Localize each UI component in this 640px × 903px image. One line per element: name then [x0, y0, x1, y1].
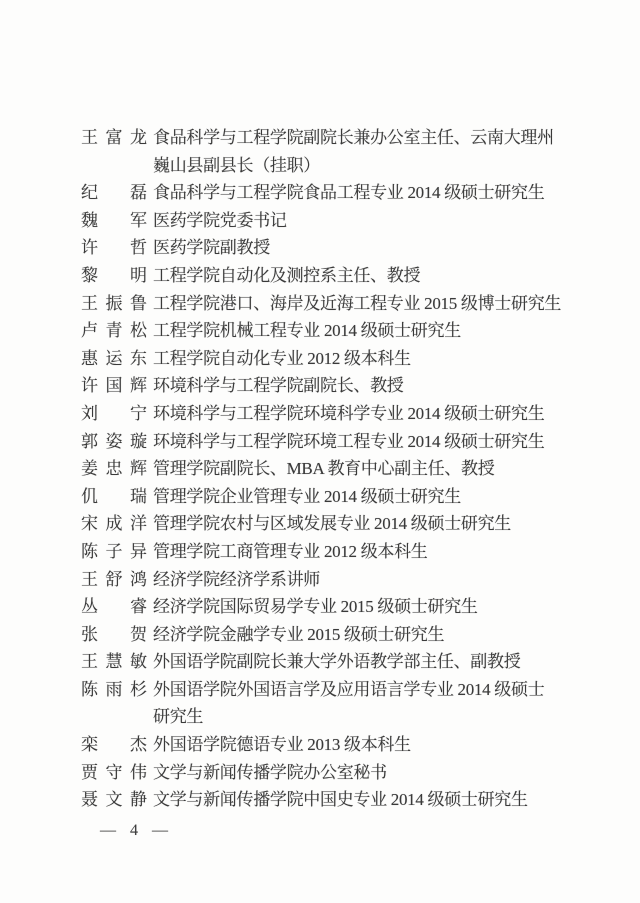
roster-entry: 许国辉 环境科学与工程学院副院长、教授 [81, 372, 561, 400]
person-description-line: 外国语学院副院长兼大学外语教学部主任、副教授 [153, 648, 561, 676]
person-description: 工程学院机械工程专业 2014 级硕士研究生 [153, 317, 561, 345]
person-name-char: 聂 [81, 786, 98, 814]
roster-entry: 仉瑞 管理学院企业管理专业 2014 级硕士研究生 [81, 483, 561, 511]
person-description-line: 文学与新闻传播学院办公室秘书 [153, 759, 561, 787]
person-name-char: 璇 [130, 428, 147, 456]
person-description-line: 研究生 [153, 703, 561, 731]
person-name-char: 慧 [106, 648, 123, 676]
roster-entry: 姜忠辉 管理学院副院长、MBA 教育中心副主任、教授 [81, 455, 561, 483]
person-name-char: 舒 [106, 566, 123, 594]
person-name-char: 文 [106, 786, 123, 814]
person-name: 魏军 [81, 207, 147, 235]
person-name-char: 国 [106, 372, 123, 400]
person-name-char: 松 [130, 317, 147, 345]
person-name-char: 振 [106, 290, 123, 318]
person-description-line: 工程学院港口、海岸及近海工程专业 2015 级博士研究生 [153, 290, 561, 318]
person-name: 陈子异 [81, 538, 147, 566]
roster-entry: 刘宁 环境科学与工程学院环境科学专业 2014 级硕士研究生 [81, 400, 561, 428]
person-description: 管理学院农村与区域发展专业 2014 级硕士研究生 [153, 510, 561, 538]
person-name-char: 刘 [81, 400, 98, 428]
person-name-char: 陈 [81, 538, 98, 566]
person-description: 管理学院工商管理专业 2012 级本科生 [153, 538, 561, 566]
person-name: 贾守伟 [81, 759, 147, 787]
person-name: 黎明 [81, 262, 147, 290]
person-description: 食品科学与工程学院食品工程专业 2014 级硕士研究生 [153, 179, 561, 207]
person-name-char: 宋 [81, 510, 98, 538]
person-name: 王振鲁 [81, 290, 147, 318]
person-description-line: 文学与新闻传播学院中国史专业 2014 级硕士研究生 [153, 786, 561, 814]
person-description-line: 食品科学与工程学院食品工程专业 2014 级硕士研究生 [153, 179, 561, 207]
person-name-char: 丛 [81, 593, 98, 621]
person-description-line: 医药学院副教授 [153, 234, 561, 262]
roster-entry: 卢青松 工程学院机械工程专业 2014 级硕士研究生 [81, 317, 561, 345]
person-name-char: 郭 [81, 428, 98, 456]
roster-entry: 惠运东 工程学院自动化专业 2012 级本科生 [81, 345, 561, 373]
person-description-line: 环境科学与工程学院环境工程专业 2014 级硕士研究生 [153, 428, 561, 456]
roster-entry: 黎明 工程学院自动化及测控系主任、教授 [81, 262, 561, 290]
person-name: 王舒鸿 [81, 566, 147, 594]
person-name-char: 陈 [81, 676, 98, 704]
person-name-char: 王 [81, 290, 98, 318]
person-description-line: 工程学院自动化及测控系主任、教授 [153, 262, 561, 290]
person-description-line: 外国语学院德语专业 2013 级本科生 [153, 731, 561, 759]
person-name-char: 守 [106, 759, 123, 787]
person-name-char: 军 [130, 207, 147, 235]
person-description-line: 经济学院国际贸易学专业 2015 级硕士研究生 [153, 593, 561, 621]
person-description: 文学与新闻传播学院办公室秘书 [153, 759, 561, 787]
roster-list: 王富龙 食品科学与工程学院副院长兼办公室主任、云南大理州巍山县副县长（挂职） 纪… [81, 124, 561, 814]
person-description-line: 管理学院工商管理专业 2012 级本科生 [153, 538, 561, 566]
roster-entry: 陈雨杉 外国语学院外国语言学及应用语言学专业 2014 级硕士研究生 [81, 676, 561, 731]
roster-entry: 张贺 经济学院金融学专业 2015 级硕士研究生 [81, 621, 561, 649]
roster-entry: 陈子异 管理学院工商管理专业 2012 级本科生 [81, 538, 561, 566]
person-name-char: 惠 [81, 345, 98, 373]
person-description-line: 管理学院企业管理专业 2014 级硕士研究生 [153, 483, 561, 511]
roster-entry: 贾守伟 文学与新闻传播学院办公室秘书 [81, 759, 561, 787]
roster-entry: 王慧敏 外国语学院副院长兼大学外语教学部主任、副教授 [81, 648, 561, 676]
person-description: 经济学院经济学系讲师 [153, 566, 561, 594]
person-name-char: 东 [130, 345, 147, 373]
person-description: 管理学院企业管理专业 2014 级硕士研究生 [153, 483, 561, 511]
roster-entry: 许哲 医药学院副教授 [81, 234, 561, 262]
person-name: 丛睿 [81, 593, 147, 621]
person-description: 经济学院金融学专业 2015 级硕士研究生 [153, 621, 561, 649]
roster-entry: 王富龙 食品科学与工程学院副院长兼办公室主任、云南大理州巍山县副县长（挂职） [81, 124, 561, 179]
person-description: 食品科学与工程学院副院长兼办公室主任、云南大理州巍山县副县长（挂职） [153, 124, 561, 179]
person-name-char: 成 [106, 510, 123, 538]
person-name-char: 雨 [106, 676, 123, 704]
person-name-char: 黎 [81, 262, 98, 290]
person-name-char: 子 [106, 538, 123, 566]
person-name-char: 忠 [106, 455, 123, 483]
person-description: 经济学院国际贸易学专业 2015 级硕士研究生 [153, 593, 561, 621]
person-description-line: 巍山县副县长（挂职） [153, 152, 561, 180]
person-description: 外国语学院外国语言学及应用语言学专业 2014 级硕士研究生 [153, 676, 561, 731]
person-description-line: 医药学院党委书记 [153, 207, 561, 235]
person-name: 陈雨杉 [81, 676, 147, 704]
person-name-char: 鸿 [130, 566, 147, 594]
person-name: 许国辉 [81, 372, 147, 400]
person-description-line: 食品科学与工程学院副院长兼办公室主任、云南大理州 [153, 124, 561, 152]
person-description: 管理学院副院长、MBA 教育中心副主任、教授 [153, 455, 561, 483]
person-name: 郭姿璇 [81, 428, 147, 456]
person-name-char: 龙 [130, 124, 147, 152]
person-name: 许哲 [81, 234, 147, 262]
roster-entry: 丛睿 经济学院国际贸易学专业 2015 级硕士研究生 [81, 593, 561, 621]
person-name-char: 王 [81, 566, 98, 594]
person-description-line: 经济学院经济学系讲师 [153, 566, 561, 594]
person-name-char: 王 [81, 648, 98, 676]
person-name-char: 富 [106, 124, 123, 152]
person-name-char: 许 [81, 234, 98, 262]
document-page: 王富龙 食品科学与工程学院副院长兼办公室主任、云南大理州巍山县副县长（挂职） 纪… [0, 0, 640, 903]
person-description-line: 经济学院金融学专业 2015 级硕士研究生 [153, 621, 561, 649]
person-name: 张贺 [81, 621, 147, 649]
person-name-char: 伟 [130, 759, 147, 787]
person-name: 纪磊 [81, 179, 147, 207]
roster-entry: 魏军 医药学院党委书记 [81, 207, 561, 235]
person-name-char: 洋 [130, 510, 147, 538]
person-description: 医药学院党委书记 [153, 207, 561, 235]
person-name-char: 明 [130, 262, 147, 290]
person-name-char: 瑞 [130, 483, 147, 511]
roster-entry: 王舒鸿 经济学院经济学系讲师 [81, 566, 561, 594]
roster-entry: 郭姿璇 环境科学与工程学院环境工程专业 2014 级硕士研究生 [81, 428, 561, 456]
person-name-char: 纪 [81, 179, 98, 207]
person-name-char: 静 [130, 786, 147, 814]
person-name-char: 王 [81, 124, 98, 152]
person-name-char: 仉 [81, 483, 98, 511]
person-name-char: 魏 [81, 207, 98, 235]
person-name-char: 睿 [130, 593, 147, 621]
person-name: 王慧敏 [81, 648, 147, 676]
person-description-line: 环境科学与工程学院环境科学专业 2014 级硕士研究生 [153, 400, 561, 428]
roster-entry: 宋成洋 管理学院农村与区域发展专业 2014 级硕士研究生 [81, 510, 561, 538]
person-description: 环境科学与工程学院副院长、教授 [153, 372, 561, 400]
person-name-char: 杉 [130, 676, 147, 704]
person-name: 栾杰 [81, 731, 147, 759]
roster-entry: 纪磊 食品科学与工程学院食品工程专业 2014 级硕士研究生 [81, 179, 561, 207]
person-name-char: 辉 [130, 455, 147, 483]
person-description: 外国语学院副院长兼大学外语教学部主任、副教授 [153, 648, 561, 676]
person-name: 姜忠辉 [81, 455, 147, 483]
person-name-char: 敏 [130, 648, 147, 676]
person-description: 医药学院副教授 [153, 234, 561, 262]
person-name-char: 鲁 [130, 290, 147, 318]
roster-entry: 王振鲁 工程学院港口、海岸及近海工程专业 2015 级博士研究生 [81, 290, 561, 318]
person-name-char: 卢 [81, 317, 98, 345]
person-name-char: 许 [81, 372, 98, 400]
person-description: 工程学院港口、海岸及近海工程专业 2015 级博士研究生 [153, 290, 561, 318]
person-name-char: 运 [106, 345, 123, 373]
page-number: — 4 — [100, 822, 173, 840]
person-name-char: 栾 [81, 731, 98, 759]
person-description-line: 管理学院农村与区域发展专业 2014 级硕士研究生 [153, 510, 561, 538]
person-name-char: 宁 [130, 400, 147, 428]
person-description: 文学与新闻传播学院中国史专业 2014 级硕士研究生 [153, 786, 561, 814]
person-name: 卢青松 [81, 317, 147, 345]
person-name: 王富龙 [81, 124, 147, 152]
person-name: 惠运东 [81, 345, 147, 373]
person-name-char: 青 [106, 317, 123, 345]
person-name: 刘宁 [81, 400, 147, 428]
roster-entry: 栾杰 外国语学院德语专业 2013 级本科生 [81, 731, 561, 759]
person-description: 工程学院自动化及测控系主任、教授 [153, 262, 561, 290]
person-name-char: 贺 [130, 621, 147, 649]
person-name-char: 姿 [106, 428, 123, 456]
person-name: 仉瑞 [81, 483, 147, 511]
person-name-char: 张 [81, 621, 98, 649]
roster-entry: 聂文静 文学与新闻传播学院中国史专业 2014 级硕士研究生 [81, 786, 561, 814]
person-name: 聂文静 [81, 786, 147, 814]
person-name-char: 杰 [130, 731, 147, 759]
person-name-char: 哲 [130, 234, 147, 262]
person-description-line: 工程学院机械工程专业 2014 级硕士研究生 [153, 317, 561, 345]
person-name-char: 磊 [130, 179, 147, 207]
person-description: 环境科学与工程学院环境科学专业 2014 级硕士研究生 [153, 400, 561, 428]
person-description-line: 外国语学院外国语言学及应用语言学专业 2014 级硕士 [153, 676, 561, 704]
person-name-char: 辉 [130, 372, 147, 400]
person-name-char: 姜 [81, 455, 98, 483]
person-name: 宋成洋 [81, 510, 147, 538]
person-description-line: 环境科学与工程学院副院长、教授 [153, 372, 561, 400]
person-name-char: 异 [130, 538, 147, 566]
person-description: 环境科学与工程学院环境工程专业 2014 级硕士研究生 [153, 428, 561, 456]
person-description-line: 管理学院副院长、MBA 教育中心副主任、教授 [153, 455, 561, 483]
person-description: 工程学院自动化专业 2012 级本科生 [153, 345, 561, 373]
person-description: 外国语学院德语专业 2013 级本科生 [153, 731, 561, 759]
person-name-char: 贾 [81, 759, 98, 787]
person-description-line: 工程学院自动化专业 2012 级本科生 [153, 345, 561, 373]
